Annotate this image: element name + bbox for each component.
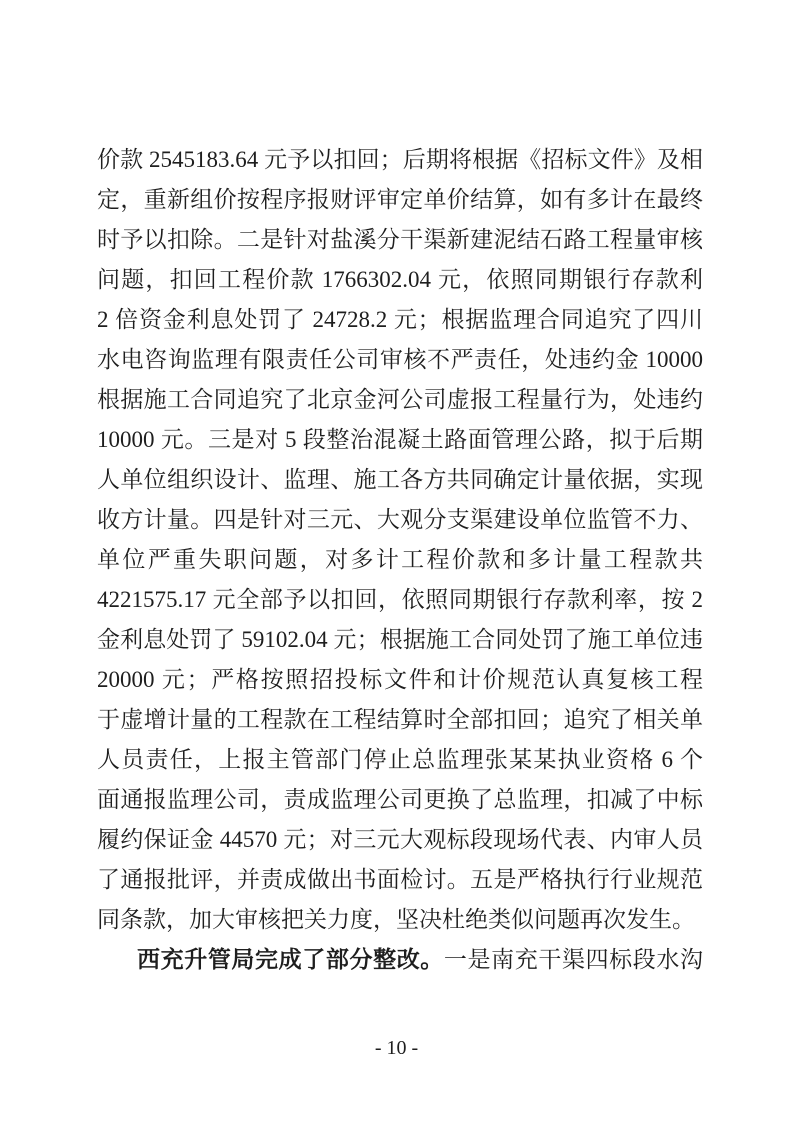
paragraph-bold-lead: 西充升管局完成了部分整改。 xyxy=(137,947,444,972)
body-line: 2 倍资金利息处罚了 24728.2 元；根据监理合同追究了四川大桥 xyxy=(97,300,703,340)
body-line: 面通报监理公司，责成监理公司更换了总监理，扣减了中标人 50% xyxy=(97,780,703,820)
page-number: - 10 - xyxy=(0,1036,793,1060)
body-line: 同条款，加大审核把关力度，坚决杜绝类似问题再次发生。 xyxy=(97,900,703,940)
body-line: 时予以扣除。二是针对盐溪分干渠新建泥结石路工程量审核不严 xyxy=(97,220,703,260)
body-line: 人单位组织设计、监理、施工各方共同确定计量依据，实现据实 xyxy=(97,460,703,500)
text-block: 价款 2545183.64 元予以扣回；后期将根据《招标文件》及相关规 定，重新… xyxy=(97,140,703,980)
body-line: 金利息处罚了 59102.04 元；根据施工合同处罚了施工单位违约金 xyxy=(97,620,703,660)
body-line: 单位严重失职问题，对多计工程价款和多计量工程款共 xyxy=(97,540,703,580)
body-line: 20000 元；严格按照招投标文件和计价规范认真复核工程量，对 xyxy=(97,660,703,700)
body-line: 问题，扣回工程价款 1766302.04 元，依照同期银行存款利率，按 xyxy=(97,260,703,300)
body-line: 价款 2545183.64 元予以扣回；后期将根据《招标文件》及相关规 xyxy=(97,140,703,180)
body-line: 定，重新组价按程序报财评审定单价结算，如有多计在最终结算 xyxy=(97,180,703,220)
body-line: 了通报批评，并责成做出书面检讨。五是严格执行行业规范和合 xyxy=(97,860,703,900)
body-line: 人员责任，上报主管部门停止总监理张某某执业资格 6 个月，书 xyxy=(97,740,703,780)
body-line: 履约保证金 44570 元；对三元大观标段现场代表、内审人员进行 xyxy=(97,820,703,860)
body-line: 4221575.17 元全部予以扣回，依照同期银行存款利率，按 2 倍资 xyxy=(97,580,703,620)
document-page: 价款 2545183.64 元予以扣回；后期将根据《招标文件》及相关规 定，重新… xyxy=(0,0,793,1122)
paragraph-start-line: 西充升管局完成了部分整改。一是南充干渠四标段水沟工程 xyxy=(97,940,703,980)
body-line: 收方计量。四是针对三元、大观分支渠建设单位监管不力、监理 xyxy=(97,500,703,540)
body-line: 10000 元。三是对 5 段整治混凝土路面管理公路，拟于后期由法 xyxy=(97,420,703,460)
body-line: 于虚增计量的工程款在工程结算时全部扣回；追究了相关单位、 xyxy=(97,700,703,740)
body-line: 水电咨询监理有限责任公司审核不严责任，处违约金 10000 元； xyxy=(97,340,703,380)
body-line: 根据施工合同追究了北京金河公司虚报工程量行为，处违约金 xyxy=(97,380,703,420)
